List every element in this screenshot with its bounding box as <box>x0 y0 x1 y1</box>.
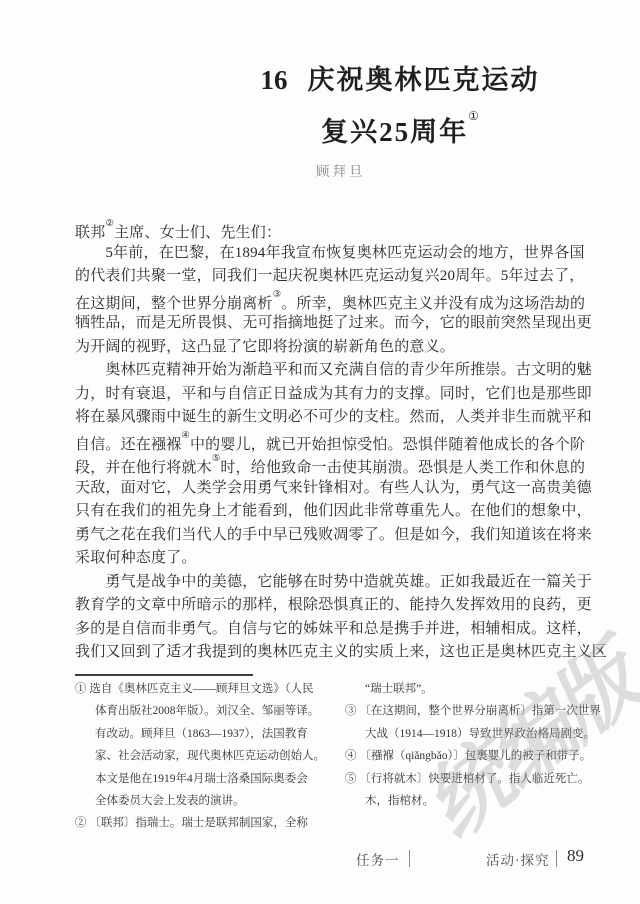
textbook-page: 16庆祝奥林匹克运动 复兴25周年① 顾拜旦 联邦②主席、女士们、先生们： 5年… <box>0 0 640 904</box>
footnote-line: ④ 〔襁褓（qiǎngbǎo）〕包裹婴儿的被子和带子。 <box>345 745 607 767</box>
body-text-line: 自信。还在襁褓④中的婴儿，就已开始担惊受怕。恐惧伴随着他成长的各个阶 <box>75 430 579 454</box>
body-text-line: 为开阔的视野，这凸显了它即将扮演的崭新角色的意义。 <box>75 336 579 360</box>
body-text-line: 勇气是战争中的美德，它能够在时势中造就英雄。正如我最近在一篇关于 <box>75 571 579 595</box>
body-text-line: 采取何种态度了。 <box>75 547 579 571</box>
body-text-line: 教育学的文章中所暗示的那样，根除恐惧真正的、能持久发挥效用的良药，更 <box>75 594 579 618</box>
body-text-line: 我们又回到了适才我提到的奥林匹克主义的实质上来，这也正是奥林匹克主义区 <box>75 641 579 665</box>
body-text-line: 的代表们共聚一堂，同我们一起庆祝奥林匹克运动复兴20周年。5年过去了， <box>75 265 579 289</box>
footnote-line: 本文是他在1919年4月瑞士洛桑国际奥委会 <box>75 768 355 790</box>
author-name: 顾拜旦 <box>316 160 366 180</box>
body-text-line: 牺牲品，而是无所畏惧、无可指摘地挺了过来。而今，它的眼前突然呈现出更 <box>75 312 579 336</box>
footer-divider-bar <box>556 850 557 867</box>
lesson-title-line1: 16庆祝奥林匹克运动 <box>180 57 620 104</box>
body-text-line: 联邦②主席、女士们、先生们： <box>75 218 579 242</box>
footnote-line: 木，指棺材。 <box>345 790 607 812</box>
page-footer: 任务一 活动·探究 89 <box>0 849 640 871</box>
body-text-line: 只有在我们的祖先身上才能看到，他们因此非常尊重先人。在他们的想象中， <box>75 500 579 524</box>
footnotes-right-column: “瑞士联邦”。③ 〔在这期间，整个世界分崩离析〕指第一次世界大战（1914—19… <box>345 678 607 812</box>
footer-task-label: 任务一 <box>356 849 400 869</box>
lesson-title-text1: 庆祝奥林匹克运动 <box>308 65 540 95</box>
footnote-line: 家、社会活动家，现代奥林匹克运动创始人。 <box>75 745 355 767</box>
body-text: 联邦②主席、女士们、先生们： 5年前，在巴黎，在1894年我宣布恢复奥林匹克运动… <box>75 218 579 665</box>
footnote-line: ⑤ 〔行将就木〕快要进棺材了。指人临近死亡。 <box>345 768 607 790</box>
body-text-line: 在这期间，整个世界分崩离析③。所幸，奥林匹克主义并没有成为这场浩劫的 <box>75 289 579 313</box>
body-text-line: 段，并在他行将就木⑤时，给他致命一击使其崩溃。恐惧是人类工作和休息的 <box>75 453 579 477</box>
lesson-title: 16庆祝奥林匹克运动 复兴25周年① <box>180 57 620 156</box>
footnote-line: ① 选自《奥林匹克主义——顾拜旦文选》（人民 <box>75 678 355 700</box>
footnote-line: 大战（1914—1918）导致世界政治格局剧变。 <box>345 723 607 745</box>
body-text-line: 天敌，面对它，人类学会用勇气来针锋相对。有些人认为，勇气这一高贵美德 <box>75 477 579 501</box>
footnote-line: 有改动。顾拜旦（1863—1937），法国教育 <box>75 723 355 745</box>
lesson-number: 16 <box>261 65 288 95</box>
lesson-title-line2: 复兴25周年① <box>180 104 620 156</box>
body-text-line: 勇气之花在我们当代人的手中早已残败凋零了。但是如今，我们知道该在将来 <box>75 524 579 548</box>
body-text-line: 将在暴风骤雨中诞生的新生文明必不可少的支柱。然而，人类并非生而就平和 <box>75 406 579 430</box>
footnotes-left-column: ① 选自《奥林匹克主义——顾拜旦文选》（人民体育出版社2008年版）。刘汉全、邹… <box>75 678 355 835</box>
page-number: 89 <box>567 846 584 866</box>
body-text-line: 奥林匹克精神开始为渐趋平和而又充满自信的青少年所推崇。古文明的魅 <box>75 359 579 383</box>
footnote-line: 体育出版社2008年版）。刘汉全、邹丽等译。 <box>75 700 355 722</box>
body-text-line: 力，时有衰退，平和与自信正日益成为其有力的支撑。同时，它们也是那些即 <box>75 383 579 407</box>
lesson-title-text2: 复兴25周年 <box>321 117 468 147</box>
footnote-line: ② 〔联邦〕指瑞士。瑞士是联邦制国家，全称 <box>75 812 355 834</box>
footer-divider-bar <box>409 850 410 867</box>
footer-unit-label: 活动·探究 <box>486 849 550 869</box>
footnote-line: 全体委员大会上发表的演讲。 <box>75 790 355 812</box>
footnote-line: ③ 〔在这期间，整个世界分崩离析〕指第一次世界 <box>345 700 607 722</box>
body-text-line: 多的是自信而非勇气。自信与它的姊妹平和总是携手并进，相辅相成。这样， <box>75 618 579 642</box>
title-footnote-marker: ① <box>468 109 479 123</box>
footnote-divider <box>75 674 253 676</box>
body-text-line: 5年前，在巴黎，在1894年我宣布恢复奥林匹克运动会的地方，世界各国 <box>75 242 579 266</box>
footnote-line: “瑞士联邦”。 <box>345 678 607 700</box>
